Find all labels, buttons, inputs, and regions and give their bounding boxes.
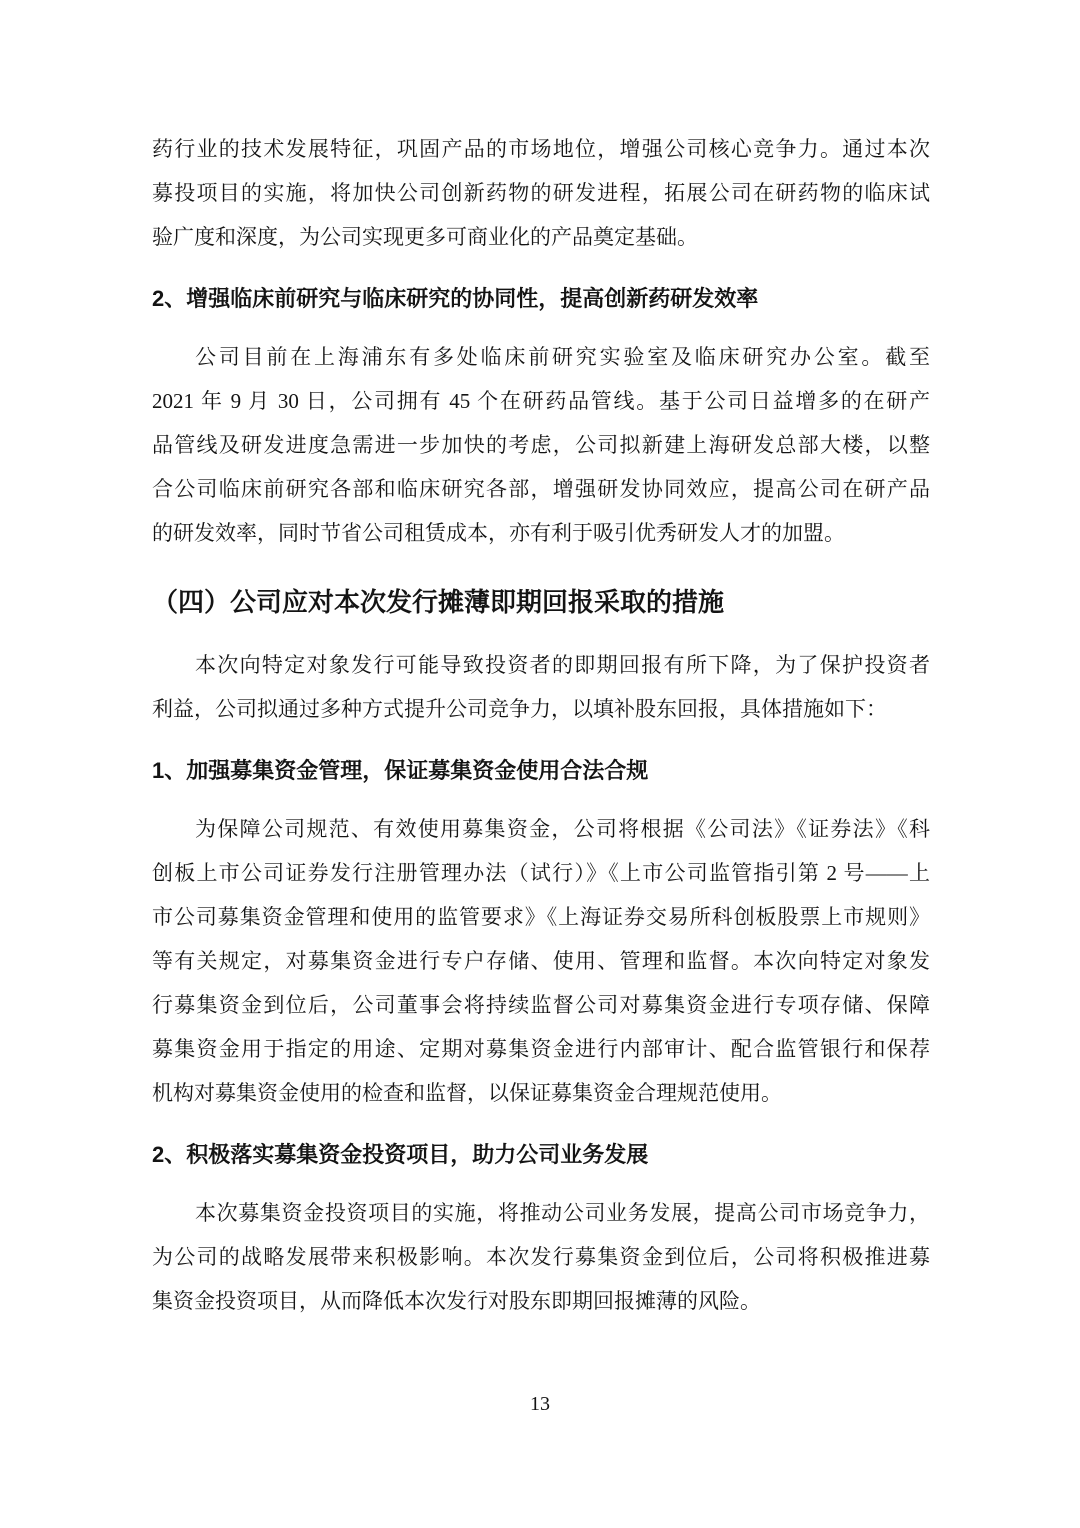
text-line: 本次募集资金投资项目的实施，将推动公司业务发展，提高公司市场竞争力， bbox=[152, 1191, 930, 1235]
text-line: 等有关规定，对募集资金进行专户存储、使用、管理和监督。本次向特定对象发 bbox=[152, 939, 930, 983]
paragraph-continuation: 药行业的技术发展特征，巩固产品的市场地位，增强公司核心竞争力。通过本次 募投项目… bbox=[152, 127, 930, 259]
text-line: 募投项目的实施，将加快公司创新药物的研发进程，拓展公司在研药物的临床试 bbox=[152, 171, 930, 215]
text-line: 创板上市公司证券发行注册管理办法（试行）》《上市公司监管指引第 2 号——上 bbox=[152, 851, 930, 895]
text-line: 药行业的技术发展特征，巩固产品的市场地位，增强公司核心竞争力。通过本次 bbox=[152, 127, 930, 171]
subsection-heading-1-fund-management: 1、加强募集资金管理，保证募集资金使用合法合规 bbox=[152, 749, 930, 793]
text-line: 机构对募集资金使用的检查和监督，以保证募集资金合理规范使用。 bbox=[152, 1071, 930, 1115]
text-line: 市公司募集资金管理和使用的监管要求》《上海证券交易所科创板股票上市规则》 bbox=[152, 895, 930, 939]
text-line: 品管线及研发进度急需进一步加快的考虑，公司拟新建上海研发总部大楼，以整 bbox=[152, 423, 930, 467]
text-line: 利益，公司拟通过多种方式提升公司竞争力，以填补股东回报，具体措施如下： bbox=[152, 687, 930, 731]
text-line: 的研发效率，同时节省公司租赁成本，亦有利于吸引优秀研发人才的加盟。 bbox=[152, 511, 930, 555]
text-line: 合公司临床前研究各部和临床研究各部，增强研发协同效应，提高公司在研产品 bbox=[152, 467, 930, 511]
text-line: 公司目前在上海浦东有多处临床前研究实验室及临床研究办公室。截至 bbox=[152, 335, 930, 379]
text-line: 2021 年 9 月 30 日，公司拥有 45 个在研药品管线。基于公司日益增多… bbox=[152, 379, 930, 423]
subsection-heading-2-synergy: 2、增强临床前研究与临床研究的协同性，提高创新药研发效率 bbox=[152, 277, 930, 321]
page-number: 13 bbox=[0, 1393, 1080, 1416]
paragraph-investment-projects: 本次募集资金投资项目的实施，将推动公司业务发展，提高公司市场竞争力， 为公司的战… bbox=[152, 1191, 930, 1323]
subsection-heading-2-investment-projects: 2、积极落实募集资金投资项目，助力公司业务发展 bbox=[152, 1133, 930, 1177]
text-line: 募集资金用于指定的用途、定期对募集资金进行内部审计、配合监管银行和保荐 bbox=[152, 1027, 930, 1071]
text-line: 为保障公司规范、有效使用募集资金，公司将根据《公司法》《证券法》《科 bbox=[152, 807, 930, 851]
paragraph-rd-offices: 公司目前在上海浦东有多处临床前研究实验室及临床研究办公室。截至 2021 年 9… bbox=[152, 335, 930, 555]
text-line: 为公司的战略发展带来积极影响。本次发行募集资金到位后，公司将积极推进募 bbox=[152, 1235, 930, 1279]
text-line: 集资金投资项目，从而降低本次发行对股东即期回报摊薄的风险。 bbox=[152, 1279, 930, 1323]
text-line: 本次向特定对象发行可能导致投资者的即期回报有所下降，为了保护投资者 bbox=[152, 643, 930, 687]
paragraph-fund-management: 为保障公司规范、有效使用募集资金，公司将根据《公司法》《证券法》《科 创板上市公… bbox=[152, 807, 930, 1115]
section-heading-4-measures: （四）公司应对本次发行摊薄即期回报采取的措施 bbox=[152, 577, 930, 627]
text-line: 行募集资金到位后，公司董事会将持续监督公司对募集资金进行专项存储、保障 bbox=[152, 983, 930, 1027]
text-line: 验广度和深度，为公司实现更多可商业化的产品奠定基础。 bbox=[152, 215, 930, 259]
paragraph-measures-intro: 本次向特定对象发行可能导致投资者的即期回报有所下降，为了保护投资者 利益，公司拟… bbox=[152, 643, 930, 731]
document-page: 药行业的技术发展特征，巩固产品的市场地位，增强公司核心竞争力。通过本次 募投项目… bbox=[0, 0, 1080, 1528]
